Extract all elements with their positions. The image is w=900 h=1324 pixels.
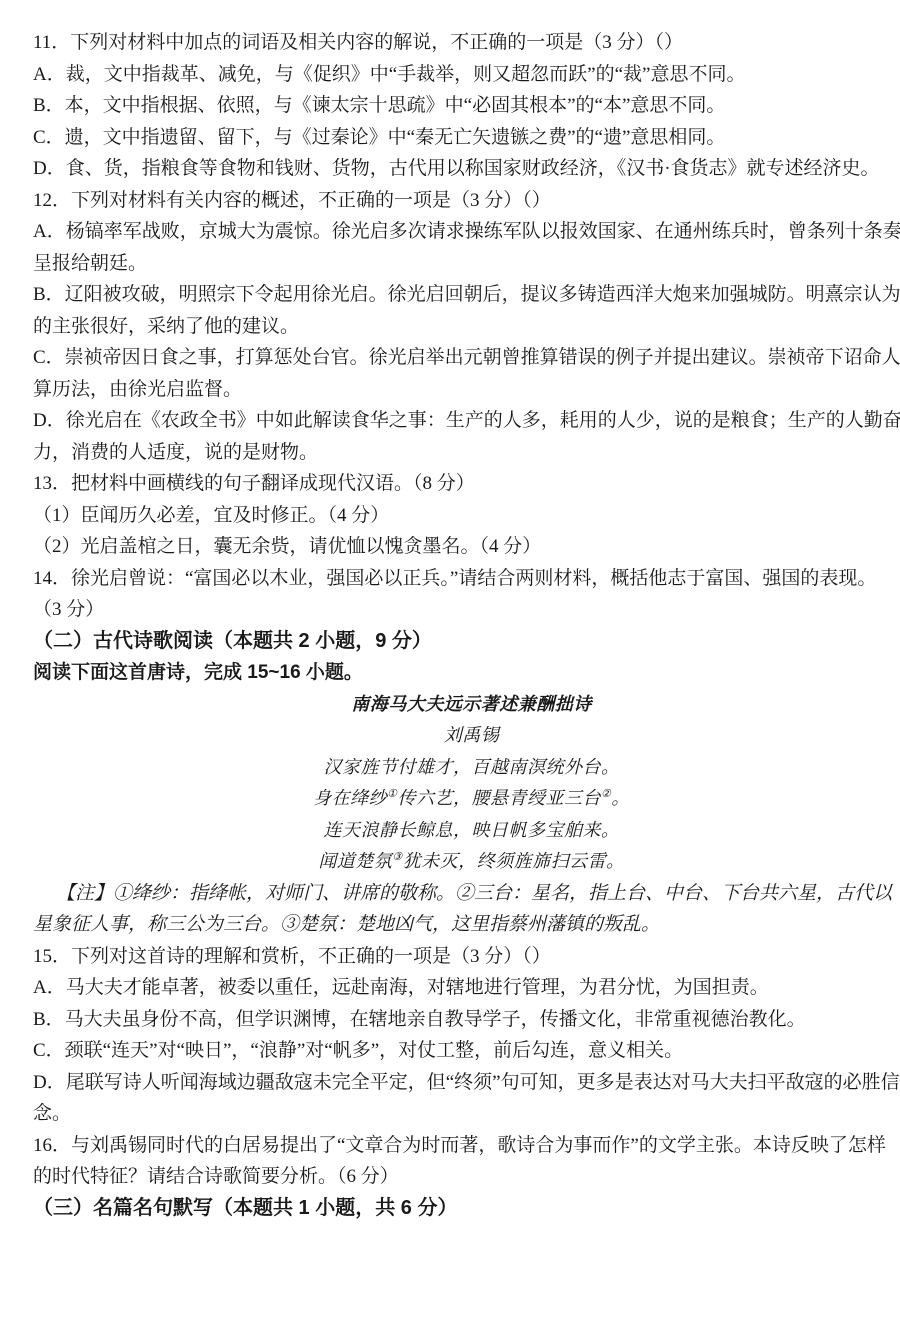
- q12-option-b-line2: 的主张很好，采纳了他的建议。: [33, 311, 880, 343]
- text-run: 11．下列对材料中加点的词语及相关内容的解说，不正确的一项是（3 分）（）: [33, 32, 683, 53]
- section-3-heading: （三）名篇名句默写（本题共 1 小题，共 6 分）: [33, 1193, 880, 1225]
- text-run: 16．与刘禹锡同时代的白居易提出了“文章合为时而著，歌诗合为事而作”的文学主张。…: [33, 1135, 886, 1156]
- q12-option-a-line1: A．杨镐率军战败，京城大为震惊。徐光启多次请求操练军队以报效国家、在通州练兵时，…: [33, 216, 880, 248]
- text-run: 南海马大夫远示著述兼酬拙诗: [351, 694, 592, 714]
- text-run: 犹未灭，终须旌旆扫云雷。: [403, 851, 625, 871]
- poem-line-3: 连天浪静长鲸息，映日帆多宝舶来。: [33, 815, 880, 847]
- text-run: D．食、货，指粮食等食物和钱财、货物，古代用以称国家财政经济，《汉书·食货志》就…: [33, 158, 880, 179]
- poem-line-2: 身在绛纱①传六艺，腰悬青绶亚三台②。: [33, 783, 880, 815]
- text-run: （3 分）: [33, 599, 104, 620]
- note-reference-mark: ②: [601, 788, 611, 800]
- text-run: 算历法，由徐光启监督。: [33, 379, 242, 400]
- text-run: A．裁，文中指裁革、减免，与《促织》中“手裁举，则又超忽而跃”的“裁”意思不同。: [33, 64, 745, 85]
- q14-stem-line1: 14．徐光启曾说：“富国必以木业，强国必以正兵。”请结合两则材料，概括他志于富国…: [33, 563, 880, 595]
- q11-option-b: B．本，文中指根据、依照，与《谏太宗十思疏》中“必固其根本”的“本”意思不同。: [33, 90, 880, 122]
- note-reference-mark: ①: [387, 788, 397, 800]
- note-reference-mark: ③: [392, 851, 402, 863]
- text-run: D．徐光启在《农政全书》中如此解读食华之事：生产的人多，耗用的人少，说的是粮食；…: [33, 410, 900, 431]
- q15-option-a: A．马大夫才能卓著，被委以重任，远赴南海，对辖地进行管理，为君分忧，为国担责。: [33, 972, 880, 1004]
- q11-option-a: A．裁，文中指裁革、减免，与《促织》中“手裁举，则又超忽而跃”的“裁”意思不同。: [33, 59, 880, 91]
- q12-option-d-line1: D．徐光启在《农政全书》中如此解读食华之事：生产的人多，耗用的人少，说的是粮食；…: [33, 405, 880, 437]
- text-run: 汉家旌节付雄才，百越南溟统外台。: [324, 757, 620, 777]
- poem-line-1: 汉家旌节付雄才，百越南溟统外台。: [33, 752, 880, 784]
- q12-option-c-line2: 算历法，由徐光启监督。: [33, 374, 880, 406]
- q15-stem: 15．下列对这首诗的理解和赏析，不正确的一项是（3 分）（）: [33, 941, 880, 973]
- poem-intro: 阅读下面这首唐诗，完成 15~16 小题。: [33, 657, 880, 689]
- q11-option-c: C．遗，文中指遗留、留下，与《过秦论》中“秦无亡矢遗镞之费”的“遗”意思相同。: [33, 122, 880, 154]
- text-run: 力，消费的人适度，说的是财物。: [33, 442, 318, 463]
- text-run: 。: [611, 788, 630, 808]
- q15-option-d-line1: D．尾联写诗人听闻海域边疆敌寇未完全平定，但“终须”句可知，更多是表达对马大夫扫…: [33, 1067, 880, 1099]
- text-run: D．尾联写诗人听闻海域边疆敌寇未完全平定，但“终须”句可知，更多是表达对马大夫扫…: [33, 1072, 900, 1093]
- poem-title: 南海马大夫远示著述兼酬拙诗: [33, 689, 880, 721]
- text-run: A．马大夫才能卓著，被委以重任，远赴南海，对辖地进行管理，为君分忧，为国担责。: [33, 977, 769, 998]
- text-run: 的主张很好，采纳了他的建议。: [33, 316, 299, 337]
- q12-stem: 12．下列对材料有关内容的概述，不正确的一项是（3 分）（）: [33, 185, 880, 217]
- text-run: 的时代特征？请结合诗歌简要分析。（6 分）: [33, 1166, 399, 1187]
- q13-stem: 13．把材料中画横线的句子翻译成现代汉语。（8 分）: [33, 468, 880, 500]
- text-run: 星象征人事，称三公为三台。③楚氛：楚地凶气，这里指蔡州藩镇的叛乱。: [33, 914, 660, 935]
- text-run: 闻道楚氛: [318, 851, 392, 871]
- text-run: （三）名篇名句默写（本题共 1 小题，共 6 分）: [33, 1197, 457, 1219]
- text-run: C．崇祯帝因日食之事，打算惩处台官。徐光启举出元朝曾推算错误的例子并提出建议。崇…: [33, 347, 900, 368]
- q12-option-c-line1: C．崇祯帝因日食之事，打算惩处台官。徐光启举出元朝曾推算错误的例子并提出建议。崇…: [33, 342, 880, 374]
- q15-option-d-line2: 念。: [33, 1098, 880, 1130]
- text-run: 连天浪静长鲸息，映日帆多宝舶来。: [324, 820, 620, 840]
- text-run: B．马大夫虽身份不高，但学识渊博，在辖地亲自教导学子，传播文化，非常重视德治教化…: [33, 1009, 806, 1030]
- text-run: C．颈联“连天”对“映日”，“浪静”对“帆多”，对仗工整，前后勾连，意义相关。: [33, 1040, 683, 1061]
- q14-stem-line2: （3 分）: [33, 594, 880, 626]
- text-run: 阅读下面这首唐诗，完成 15~16 小题。: [33, 662, 363, 683]
- text-run: 15．下列对这首诗的理解和赏析，不正确的一项是（3 分）（）: [33, 946, 551, 967]
- text-run: （2）光启盖棺之日，囊无余赀，请优恤以愧贪墨名。（4 分）: [33, 536, 541, 557]
- q13-part1: （1）臣闻历久必差，宜及时修正。（4 分）: [33, 500, 880, 532]
- text-run: （二）古代诗歌阅读（本题共 2 小题，9 分）: [33, 630, 432, 652]
- q16-stem-line1: 16．与刘禹锡同时代的白居易提出了“文章合为时而著，歌诗合为事而作”的文学主张。…: [33, 1130, 880, 1162]
- exam-page: 11．下列对材料中加点的词语及相关内容的解说，不正确的一项是（3 分）（）A．裁…: [0, 0, 900, 1324]
- q13-part2: （2）光启盖棺之日，囊无余赀，请优恤以愧贪墨名。（4 分）: [33, 531, 880, 563]
- text-run: C．遗，文中指遗留、留下，与《过秦论》中“秦无亡矢遗镞之费”的“遗”意思相同。: [33, 127, 725, 148]
- q15-option-b: B．马大夫虽身份不高，但学识渊博，在辖地亲自教导学子，传播文化，非常重视德治教化…: [33, 1004, 880, 1036]
- q12-option-b-line1: B．辽阳被攻破，明照宗下令起用徐光启。徐光启回朝后，提议多铸造西洋大炮来加强城防…: [33, 279, 880, 311]
- text-run: 念。: [33, 1103, 71, 1124]
- q16-stem-line2: 的时代特征？请结合诗歌简要分析。（6 分）: [33, 1161, 880, 1193]
- q11-option-d: D．食、货，指粮食等食物和钱财、货物，古代用以称国家财政经济，《汉书·食货志》就…: [33, 153, 880, 185]
- q12-option-d-line2: 力，消费的人适度，说的是财物。: [33, 437, 880, 469]
- poem-line-4: 闻道楚氛③犹未灭，终须旌旆扫云雷。: [33, 846, 880, 878]
- text-run: B．辽阳被攻破，明照宗下令起用徐光启。徐光启回朝后，提议多铸造西洋大炮来加强城防…: [33, 284, 900, 305]
- text-run: 12．下列对材料有关内容的概述，不正确的一项是（3 分）（）: [33, 190, 551, 211]
- text-run: 【注】①绛纱：指绛帐，对师门、讲席的敬称。②三台：星名，指上台、中台、下台共六星…: [56, 883, 892, 904]
- text-run: 刘禹锡: [444, 725, 500, 745]
- text-run: 呈报给朝廷。: [33, 253, 147, 274]
- section-2-heading: （二）古代诗歌阅读（本题共 2 小题，9 分）: [33, 626, 880, 658]
- poem-author: 刘禹锡: [33, 720, 880, 752]
- text-run: 身在绛纱: [313, 788, 387, 808]
- q15-option-c: C．颈联“连天”对“映日”，“浪静”对“帆多”，对仗工整，前后勾连，意义相关。: [33, 1035, 880, 1067]
- q11-stem: 11．下列对材料中加点的词语及相关内容的解说，不正确的一项是（3 分）（）: [33, 27, 880, 59]
- poem-note-line1: 【注】①绛纱：指绛帐，对师门、讲席的敬称。②三台：星名，指上台、中台、下台共六星…: [33, 878, 880, 910]
- poem-note-line2: 星象征人事，称三公为三台。③楚氛：楚地凶气，这里指蔡州藩镇的叛乱。: [33, 909, 880, 941]
- q12-option-a-line2: 呈报给朝廷。: [33, 248, 880, 280]
- text-run: （1）臣闻历久必差，宜及时修正。（4 分）: [33, 505, 389, 526]
- text-run: 14．徐光启曾说：“富国必以木业，强国必以正兵。”请结合两则材料，概括他志于富国…: [33, 568, 876, 589]
- text-run: A．杨镐率军战败，京城大为震惊。徐光启多次请求操练军队以报效国家、在通州练兵时，…: [33, 221, 900, 242]
- text-run: B．本，文中指根据、依照，与《谏太宗十思疏》中“必固其根本”的“本”意思不同。: [33, 95, 725, 116]
- text-run: 13．把材料中画横线的句子翻译成现代汉语。（8 分）: [33, 473, 475, 494]
- text-run: 传六艺，腰悬青绶亚三台: [398, 788, 602, 808]
